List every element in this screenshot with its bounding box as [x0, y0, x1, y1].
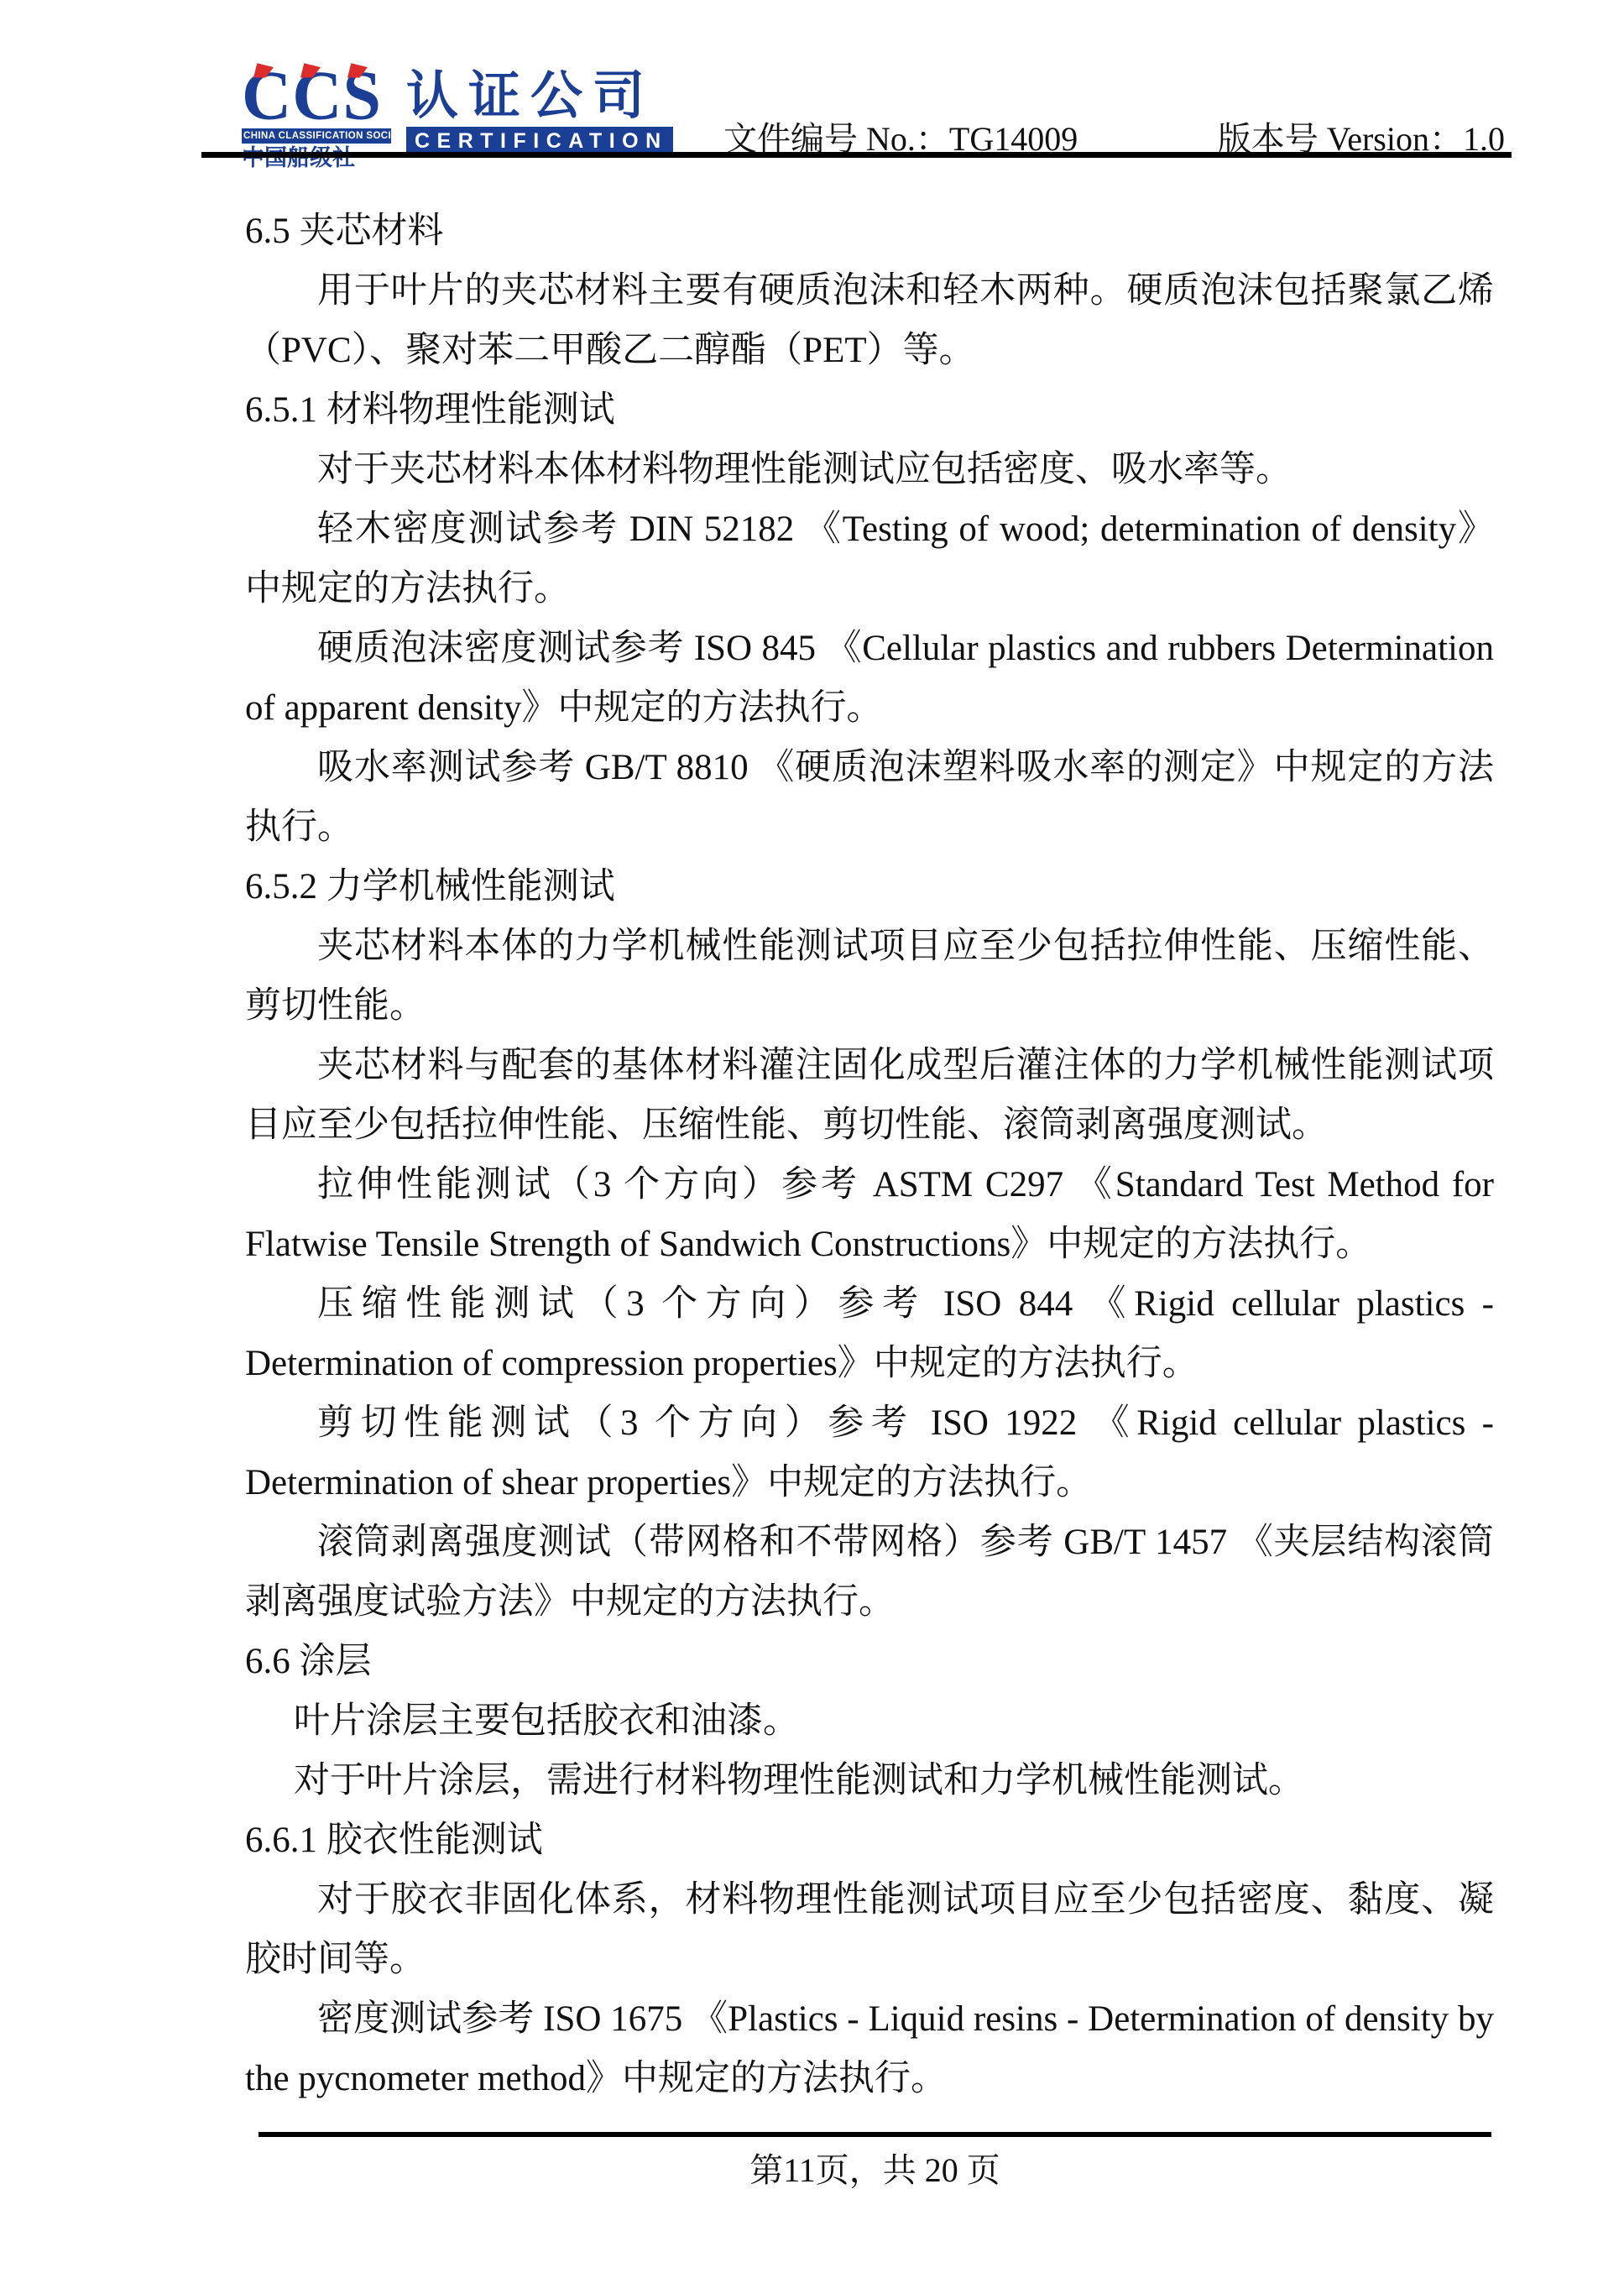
document-page: CCS CHINA CLASSIFICATION SOCIETY 中国船级社 认…: [0, 0, 1624, 2278]
paragraph: 对于胶衣非固化体系，材料物理性能测试项目应至少包括密度、黏度、凝胶时间等。: [245, 1870, 1494, 1989]
page-number: 第11页，共 20 页: [258, 2145, 1491, 2196]
document-body: 6.5 夹芯材料用于叶片的夹芯材料主要有硬质泡沫和轻木两种。硬质泡沫包括聚氯乙烯…: [245, 201, 1494, 2108]
paragraph: 叶片涂层主要包括胶衣和油漆。: [245, 1691, 1494, 1751]
footer-rule: [258, 2132, 1491, 2137]
paragraph: 对于夹芯材料本体材料物理性能测试应包括密度、吸水率等。: [245, 440, 1494, 499]
section-heading: 6.5 夹芯材料: [245, 201, 1494, 261]
paragraph: 吸水率测试参考 GB/T 8810 《硬质泡沫塑料吸水率的测定》中规定的方法执行…: [245, 738, 1494, 857]
company-name-cn: 认证公司: [406, 69, 673, 124]
ccs-wordmark: CCS: [242, 68, 391, 123]
section-heading: 6.6 涂层: [245, 1632, 1494, 1691]
section-heading: 6.5.2 力学机械性能测试: [245, 857, 1494, 917]
paragraph: 剪切性能测试（3 个方向）参考 ISO 1922 《Rigid cellular…: [245, 1393, 1494, 1513]
header-rule: [201, 152, 1512, 158]
paragraph: 轻木密度测试参考 DIN 52182 《Testing of wood; det…: [245, 499, 1494, 619]
paragraph: 硬质泡沫密度测试参考 ISO 845 《Cellular plastics an…: [245, 619, 1494, 738]
ccs-logo-right: 认证公司 CERTIFICATION: [406, 69, 673, 157]
paragraph: 滚筒剥离强度测试（带网格和不带网格）参考 GB/T 1457 《夹层结构滚筒剥离…: [245, 1513, 1494, 1632]
paragraph: 夹芯材料与配套的基体材料灌注固化成型后灌注体的力学机械性能测试项目应至少包括拉伸…: [245, 1036, 1494, 1155]
paragraph: 密度测试参考 ISO 1675 《Plastics - Liquid resin…: [245, 1989, 1494, 2108]
section-heading: 6.5.1 材料物理性能测试: [245, 380, 1494, 440]
section-heading: 6.6.1 胶衣性能测试: [245, 1810, 1494, 1870]
paragraph: 夹芯材料本体的力学机械性能测试项目应至少包括拉伸性能、压缩性能、剪切性能。: [245, 917, 1494, 1036]
paragraph: 拉伸性能测试（3 个方向）参考 ASTM C297 《Standard Test…: [245, 1155, 1494, 1274]
paragraph: 对于叶片涂层，需进行材料物理性能测试和力学机械性能测试。: [245, 1751, 1494, 1810]
paragraph: 用于叶片的夹芯材料主要有硬质泡沫和轻木两种。硬质泡沫包括聚氯乙烯（PVC）、聚对…: [245, 261, 1494, 380]
paragraph: 压缩性能测试（3 个方向）参考 ISO 844 《Rigid cellular …: [245, 1274, 1494, 1393]
society-name-cn: 中国船级社: [242, 145, 391, 170]
